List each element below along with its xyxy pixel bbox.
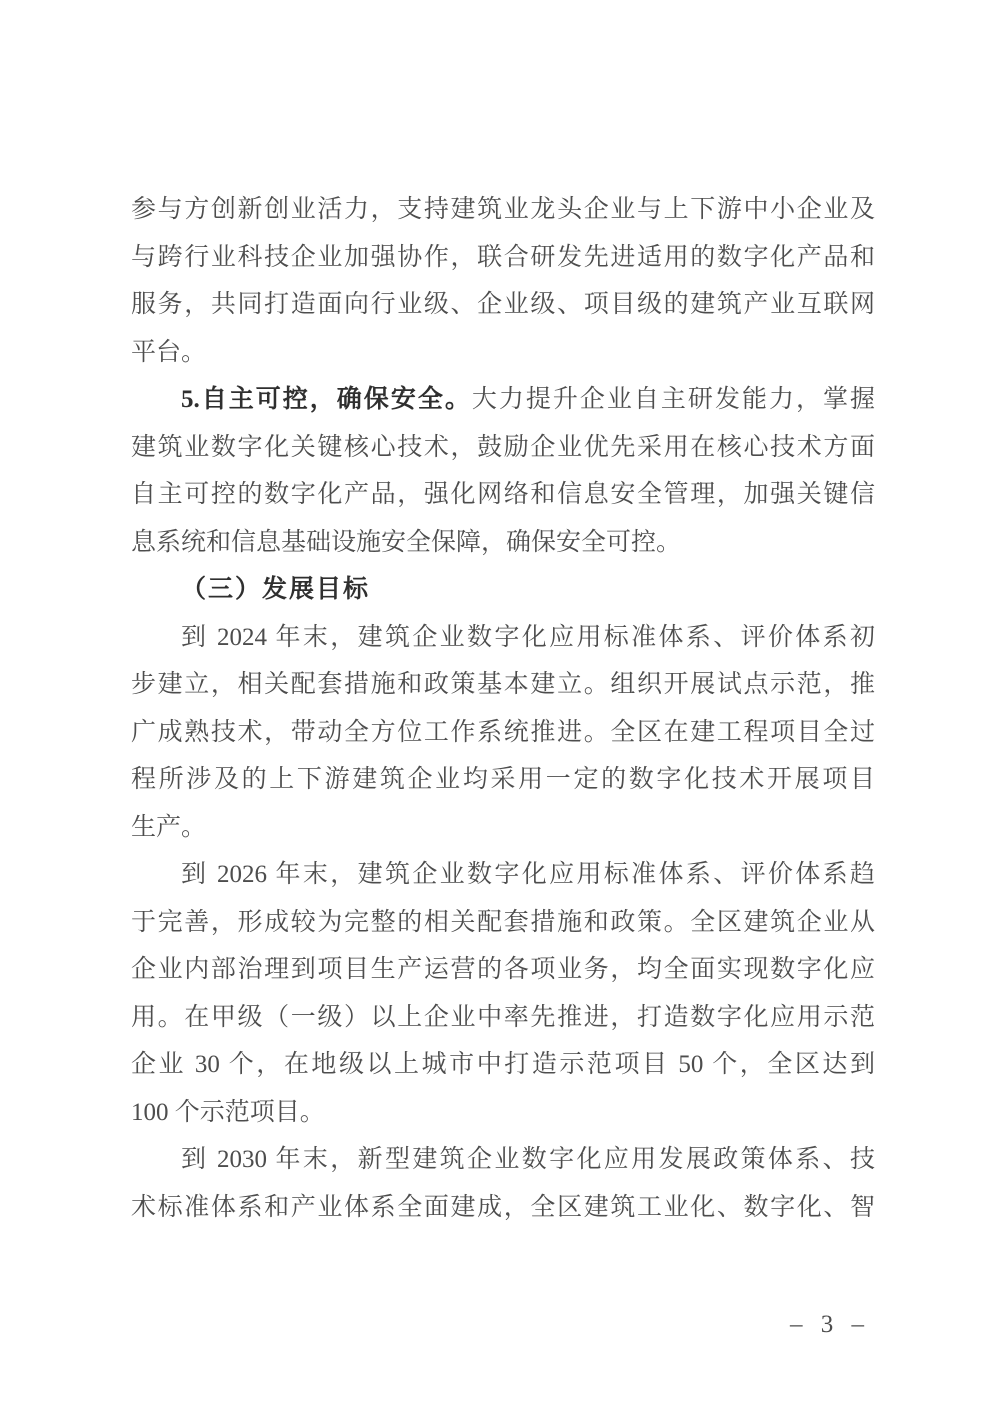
text-run: 大力提升企业自主研发能力，掌握 — [472, 386, 875, 413]
text-line: （三）发展目标 — [131, 566, 875, 614]
document-page: 参与方创新创业活力，支持建筑业龙头企业与上下游中小企业及与跨行业科技企业加强协作… — [0, 0, 1000, 1413]
text-run: 程所涉及的上下游建筑企业均采用一定的数字化技术开展项目 — [131, 766, 875, 793]
text-run: 服务，共同打造面向行业级、企业级、项目级的建筑产业互联网 — [131, 291, 875, 318]
text-line: 于完善，形成较为完整的相关配套措施和政策。全区建筑企业从 — [131, 899, 875, 947]
text-line: 企业 30 个，在地级以上城市中打造示范项目 50 个，全区达到 — [131, 1041, 875, 1089]
text-line: 步建立，相关配套措施和政策基本建立。组织开展试点示范，推 — [131, 661, 875, 709]
bold-text-run: 5.自主可控，确保安全。 — [181, 386, 472, 413]
heading-development-goals: （三）发展目标 — [131, 566, 875, 614]
text-run: 到 2026 年末，建筑企业数字化应用标准体系、评价体系趋 — [181, 861, 875, 888]
text-run: 企业内部治理到项目生产运营的各项业务，均全面实现数字化应 — [131, 956, 875, 983]
para-2026-goals: 到 2026 年末，建筑企业数字化应用标准体系、评价体系趋于完善，形成较为完整的… — [131, 851, 875, 1136]
text-run: 息系统和信息基础设施安全保障，确保安全可控。 — [131, 529, 681, 556]
para-5-autonomy-security: 5.自主可控，确保安全。大力提升企业自主研发能力，掌握建筑业数字化关键核心技术，… — [131, 376, 875, 566]
para-continuation-industry-internet: 参与方创新创业活力，支持建筑业龙头企业与上下游中小企业及与跨行业科技企业加强协作… — [131, 186, 875, 376]
text-line: 到 2024 年末，建筑企业数字化应用标准体系、评价体系初 — [131, 614, 875, 662]
text-line: 服务，共同打造面向行业级、企业级、项目级的建筑产业互联网 — [131, 281, 875, 329]
text-line: 生产。 — [131, 804, 875, 852]
text-line: 与跨行业科技企业加强协作，联合研发先进适用的数字化产品和 — [131, 234, 875, 282]
text-run: 企业 30 个，在地级以上城市中打造示范项目 50 个，全区达到 — [131, 1051, 875, 1078]
text-line: 息系统和信息基础设施安全保障，确保安全可控。 — [131, 519, 875, 567]
text-run: 于完善，形成较为完整的相关配套措施和政策。全区建筑企业从 — [131, 909, 875, 936]
text-run: 平台。 — [131, 339, 206, 366]
text-line: 自主可控的数字化产品，强化网络和信息安全管理，加强关键信 — [131, 471, 875, 519]
text-run: 建筑业数字化关键核心技术，鼓励企业优先采用在核心技术方面 — [131, 434, 875, 461]
text-run: 到 2024 年末，建筑企业数字化应用标准体系、评价体系初 — [181, 624, 875, 651]
text-line: 广成熟技术，带动全方位工作系统推进。全区在建工程项目全过 — [131, 709, 875, 757]
document-body: 参与方创新创业活力，支持建筑业龙头企业与上下游中小企业及与跨行业科技企业加强协作… — [131, 186, 875, 1231]
text-run: 广成熟技术，带动全方位工作系统推进。全区在建工程项目全过 — [131, 719, 875, 746]
text-line: 到 2030 年末，新型建筑企业数字化应用发展政策体系、技 — [131, 1136, 875, 1184]
text-line: 建筑业数字化关键核心技术，鼓励企业优先采用在核心技术方面 — [131, 424, 875, 472]
text-run: 生产。 — [131, 814, 206, 841]
text-line: 到 2026 年末，建筑企业数字化应用标准体系、评价体系趋 — [131, 851, 875, 899]
bold-text-run: （三）发展目标 — [181, 576, 370, 603]
text-line: 用。在甲级（一级）以上企业中率先推进，打造数字化应用示范 — [131, 994, 875, 1042]
text-run: 到 2030 年末，新型建筑企业数字化应用发展政策体系、技 — [181, 1146, 875, 1173]
page-number: – 3 – — [790, 1308, 870, 1342]
text-run: 自主可控的数字化产品，强化网络和信息安全管理，加强关键信 — [131, 481, 875, 508]
text-line: 程所涉及的上下游建筑企业均采用一定的数字化技术开展项目 — [131, 756, 875, 804]
text-run: 术标准体系和产业体系全面建成，全区建筑工业化、数字化、智 — [131, 1194, 875, 1221]
text-run: 与跨行业科技企业加强协作，联合研发先进适用的数字化产品和 — [131, 244, 875, 271]
text-line: 术标准体系和产业体系全面建成，全区建筑工业化、数字化、智 — [131, 1184, 875, 1232]
text-run: 步建立，相关配套措施和政策基本建立。组织开展试点示范，推 — [131, 671, 875, 698]
para-2024-goals: 到 2024 年末，建筑企业数字化应用标准体系、评价体系初步建立，相关配套措施和… — [131, 614, 875, 852]
text-line: 5.自主可控，确保安全。大力提升企业自主研发能力，掌握 — [131, 376, 875, 424]
text-line: 企业内部治理到项目生产运营的各项业务，均全面实现数字化应 — [131, 946, 875, 994]
text-run: 参与方创新创业活力，支持建筑业龙头企业与上下游中小企业及 — [131, 196, 875, 223]
text-run: 用。在甲级（一级）以上企业中率先推进，打造数字化应用示范 — [131, 1004, 875, 1031]
text-line: 参与方创新创业活力，支持建筑业龙头企业与上下游中小企业及 — [131, 186, 875, 234]
text-line: 平台。 — [131, 329, 875, 377]
para-2030-goals: 到 2030 年末，新型建筑企业数字化应用发展政策体系、技术标准体系和产业体系全… — [131, 1136, 875, 1231]
text-line: 100 个示范项目。 — [131, 1089, 875, 1137]
text-run: 100 个示范项目。 — [131, 1099, 325, 1126]
